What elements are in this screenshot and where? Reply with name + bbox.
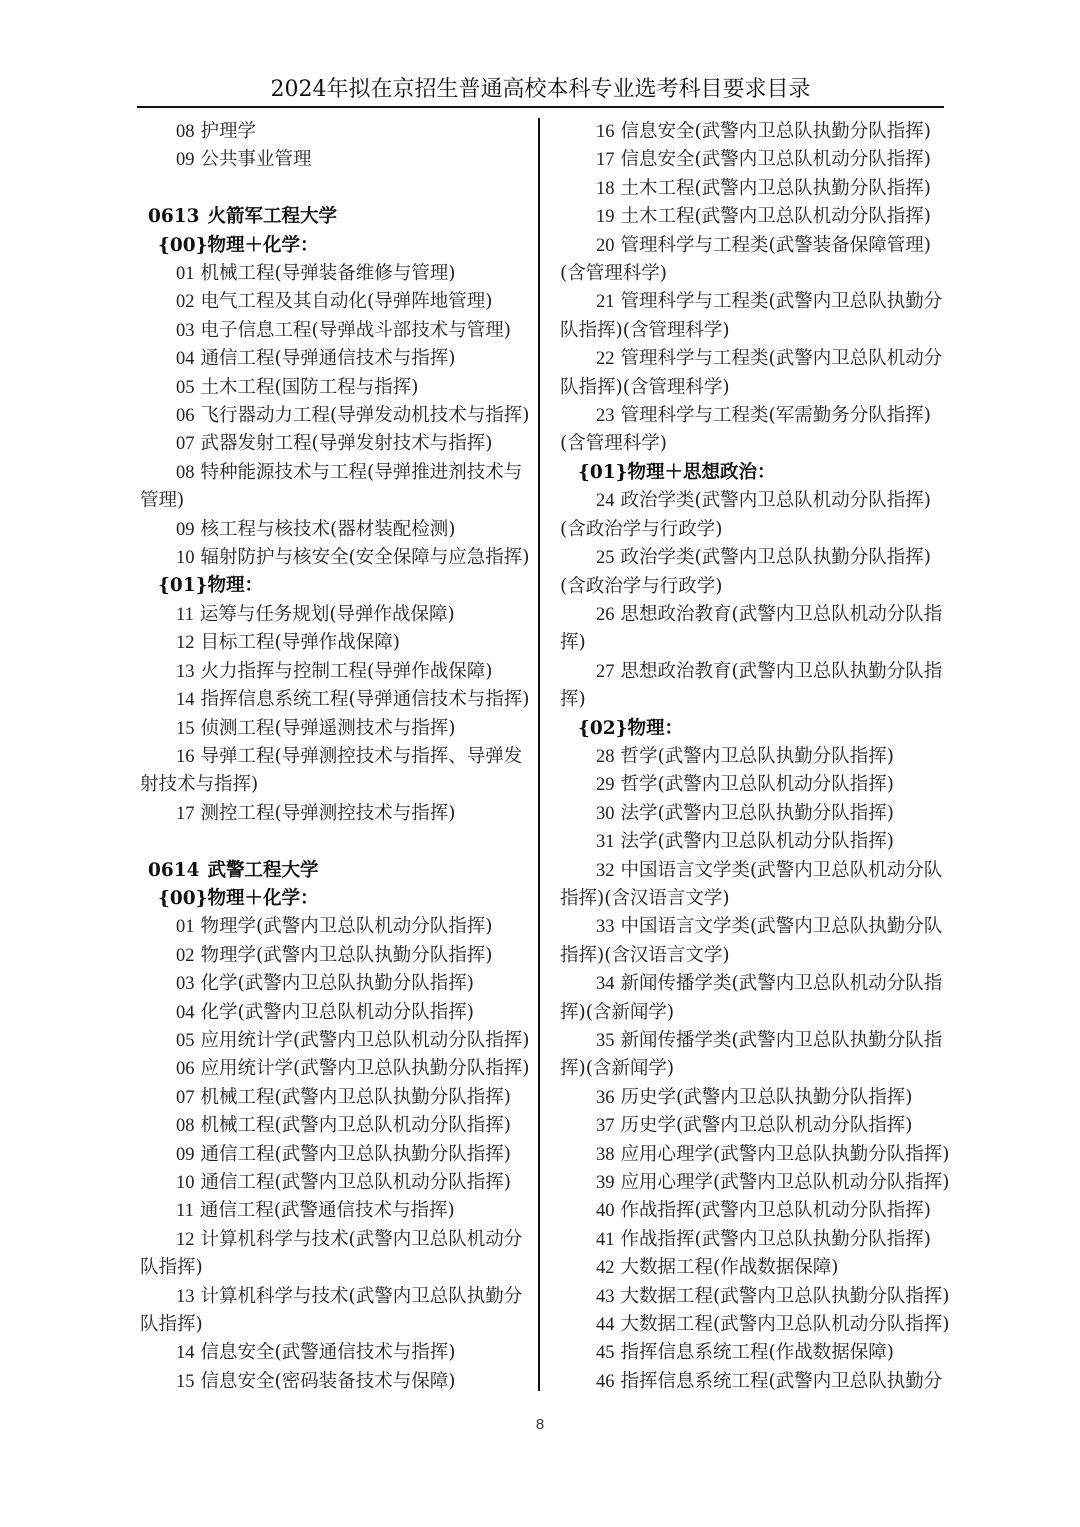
major-item: 17测控工程(导弹测控技术与指挥) bbox=[140, 800, 532, 828]
major-number: 12 bbox=[158, 1226, 195, 1254]
major-item: 07机械工程(武警内卫总队执勤分队指挥) bbox=[140, 1084, 532, 1112]
major-item: 43大数据工程(武警内卫总队执勤分队指挥) bbox=[560, 1283, 952, 1311]
major-number: 32 bbox=[578, 857, 615, 885]
page-title: 2024年拟在京招生普通高校本科专业选考科目要求目录 bbox=[137, 76, 944, 104]
major-name: 目标工程(导弹作战保障) bbox=[201, 632, 400, 653]
title-rule bbox=[137, 106, 944, 108]
right-column: 16信息安全(武警内卫总队执勤分队指挥)17信息安全(武警内卫总队机动分队指挥)… bbox=[560, 118, 952, 1396]
major-number: 28 bbox=[578, 743, 615, 771]
major-number: 46 bbox=[578, 1368, 615, 1396]
major-item: 45指挥信息系统工程(作战数据保障) bbox=[560, 1339, 952, 1367]
major-number: 03 bbox=[158, 317, 195, 345]
major-item: 12计算机科学与技术(武警内卫总队机动分队指挥) bbox=[140, 1226, 532, 1283]
major-name: 公共事业管理 bbox=[201, 149, 312, 170]
major-number: 34 bbox=[578, 970, 615, 998]
blank-line bbox=[140, 175, 532, 203]
major-item: 19土木工程(武警内卫总队机动分队指挥) bbox=[560, 203, 952, 231]
major-item: 01物理学(武警内卫总队机动分队指挥) bbox=[140, 913, 532, 941]
major-name: 思想政治教育(武警内卫总队机动分队指挥) bbox=[560, 604, 942, 653]
major-number: 15 bbox=[158, 1368, 195, 1396]
major-name: 飞行器动力工程(导弹发动机技术与指挥) bbox=[201, 405, 530, 426]
major-name: 指挥信息系统工程(武警内卫总队执勤分 bbox=[621, 1371, 943, 1392]
major-number: 03 bbox=[158, 970, 195, 998]
university-code: 0613 bbox=[148, 206, 200, 227]
major-number: 14 bbox=[158, 1339, 195, 1367]
major-item: 34新闻传播学类(武警内卫总队机动分队指挥)(含新闻学) bbox=[560, 970, 952, 1027]
major-item: 03电子信息工程(导弹战斗部技术与管理) bbox=[140, 317, 532, 345]
major-item: 15侦测工程(导弹遥测技术与指挥) bbox=[140, 715, 532, 743]
major-name: 化学(武警内卫总队机动分队指挥) bbox=[201, 1002, 474, 1023]
major-number: 09 bbox=[158, 516, 195, 544]
major-name: 应用心理学(武警内卫总队机动分队指挥) bbox=[621, 1172, 950, 1193]
major-item: 21管理科学与工程类(武警内卫总队执勤分队指挥)(含管理科学) bbox=[560, 288, 952, 345]
page-number: 8 bbox=[0, 1416, 1080, 1433]
major-number: 25 bbox=[578, 544, 615, 572]
major-number: 43 bbox=[578, 1283, 615, 1311]
major-item: 04化学(武警内卫总队机动分队指挥) bbox=[140, 999, 532, 1027]
major-name: 物理学(武警内卫总队执勤分队指挥) bbox=[201, 945, 493, 966]
major-item: 14信息安全(武警通信技术与指挥) bbox=[140, 1339, 532, 1367]
major-name: 大数据工程(武警内卫总队机动分队指挥) bbox=[621, 1314, 950, 1335]
major-item: 12目标工程(导弹作战保障) bbox=[140, 629, 532, 657]
major-number: 26 bbox=[578, 601, 615, 629]
major-name: 应用统计学(武警内卫总队机动分队指挥) bbox=[201, 1030, 530, 1051]
major-item: 09公共事业管理 bbox=[140, 146, 532, 174]
major-item: 24政治学类(武警内卫总队机动分队指挥)(含政治学与行政学) bbox=[560, 487, 952, 544]
blank-line bbox=[140, 828, 532, 856]
major-item: 09通信工程(武警内卫总队执勤分队指挥) bbox=[140, 1141, 532, 1169]
major-name: 信息安全(武警内卫总队机动分队指挥) bbox=[621, 149, 931, 170]
major-item: 17信息安全(武警内卫总队机动分队指挥) bbox=[560, 146, 952, 174]
major-number: 21 bbox=[578, 288, 615, 316]
major-item: 10辐射防护与核安全(安全保障与应急指挥) bbox=[140, 544, 532, 572]
column-divider bbox=[538, 118, 540, 1391]
major-name: 政治学类(武警内卫总队执勤分队指挥)(含政治学与行政学) bbox=[560, 547, 931, 596]
major-name: 物理学(武警内卫总队机动分队指挥) bbox=[201, 916, 493, 937]
major-item: 26思想政治教育(武警内卫总队机动分队指挥) bbox=[560, 601, 952, 658]
major-item: 10通信工程(武警内卫总队机动分队指挥) bbox=[140, 1169, 532, 1197]
subject-group-heading: {01}物理： bbox=[140, 572, 532, 600]
major-item: 39应用心理学(武警内卫总队机动分队指挥) bbox=[560, 1169, 952, 1197]
major-number: 10 bbox=[158, 544, 195, 572]
subject-group-heading: {01}物理＋思想政治： bbox=[560, 459, 952, 487]
major-item: 15信息安全(密码装备技术与保障) bbox=[140, 1368, 532, 1396]
subject-group-heading: {00}物理＋化学： bbox=[140, 885, 532, 913]
major-item: 20管理科学与工程类(武警装备保障管理)(含管理科学) bbox=[560, 232, 952, 289]
major-name: 机械工程(导弹装备维修与管理) bbox=[201, 263, 456, 284]
major-item: 18土木工程(武警内卫总队执勤分队指挥) bbox=[560, 175, 952, 203]
major-item: 23管理科学与工程类(军需勤务分队指挥)(含管理科学) bbox=[560, 402, 952, 459]
major-number: 29 bbox=[578, 771, 615, 799]
major-name: 通信工程(武警内卫总队机动分队指挥) bbox=[201, 1172, 511, 1193]
major-number: 06 bbox=[158, 1055, 195, 1083]
major-item: 08护理学 bbox=[140, 118, 532, 146]
major-number: 09 bbox=[158, 146, 195, 174]
major-number: 42 bbox=[578, 1254, 615, 1282]
major-item: 28哲学(武警内卫总队执勤分队指挥) bbox=[560, 743, 952, 771]
left-column: 08护理学09公共事业管理0613火箭军工程大学{00}物理＋化学：01机械工程… bbox=[140, 118, 532, 1396]
major-name: 火力指挥与控制工程(导弹作战保障) bbox=[201, 661, 493, 682]
university-heading: 0614武警工程大学 bbox=[140, 857, 532, 885]
major-number: 02 bbox=[158, 942, 195, 970]
major-name: 核工程与核技术(器材装配检测) bbox=[201, 519, 456, 540]
major-number: 08 bbox=[158, 118, 195, 146]
major-item: 03化学(武警内卫总队执勤分队指挥) bbox=[140, 970, 532, 998]
major-item: 13火力指挥与控制工程(导弹作战保障) bbox=[140, 658, 532, 686]
major-item: 13计算机科学与技术(武警内卫总队执勤分队指挥) bbox=[140, 1283, 532, 1340]
major-number: 22 bbox=[578, 345, 615, 373]
major-number: 31 bbox=[578, 828, 615, 856]
university-name: 武警工程大学 bbox=[208, 860, 319, 881]
major-name: 测控工程(导弹测控技术与指挥) bbox=[201, 803, 456, 824]
major-item: 11通信工程(武警通信技术与指挥) bbox=[140, 1197, 532, 1225]
major-item: 35新闻传播学类(武警内卫总队执勤分队指挥)(含新闻学) bbox=[560, 1027, 952, 1084]
major-number: 04 bbox=[158, 999, 195, 1027]
major-number: 27 bbox=[578, 658, 615, 686]
major-number: 37 bbox=[578, 1112, 615, 1140]
major-item: 42大数据工程(作战数据保障) bbox=[560, 1254, 952, 1282]
major-name: 通信工程(武警通信技术与指挥) bbox=[200, 1200, 455, 1221]
major-number: 02 bbox=[158, 288, 195, 316]
major-item: 41作战指挥(武警内卫总队执勤分队指挥) bbox=[560, 1226, 952, 1254]
major-item: 06飞行器动力工程(导弹发动机技术与指挥) bbox=[140, 402, 532, 430]
major-name: 武器发射工程(导弹发射技术与指挥) bbox=[201, 433, 493, 454]
major-name: 应用统计学(武警内卫总队执勤分队指挥) bbox=[201, 1058, 530, 1079]
major-name: 历史学(武警内卫总队机动分队指挥) bbox=[621, 1115, 913, 1136]
major-item: 01机械工程(导弹装备维修与管理) bbox=[140, 260, 532, 288]
major-name: 大数据工程(武警内卫总队执勤分队指挥) bbox=[621, 1286, 950, 1307]
major-name: 通信工程(武警内卫总队执勤分队指挥) bbox=[201, 1144, 511, 1165]
major-number: 01 bbox=[158, 260, 195, 288]
major-item: 31法学(武警内卫总队机动分队指挥) bbox=[560, 828, 952, 856]
major-item: 32中国语言文学类(武警内卫总队机动分队指挥)(含汉语言文学) bbox=[560, 857, 952, 914]
major-name: 管理科学与工程类(武警装备保障管理)(含管理科学) bbox=[560, 235, 931, 284]
major-number: 44 bbox=[578, 1311, 615, 1339]
major-name: 新闻传播学类(武警内卫总队机动分队指挥)(含新闻学) bbox=[560, 973, 942, 1022]
major-name: 电子信息工程(导弹战斗部技术与管理) bbox=[201, 320, 511, 341]
major-number: 11 bbox=[158, 1197, 194, 1225]
major-item: 30法学(武警内卫总队执勤分队指挥) bbox=[560, 800, 952, 828]
major-name: 计算机科学与技术(武警内卫总队机动分队指挥) bbox=[140, 1229, 522, 1278]
major-name: 法学(武警内卫总队机动分队指挥) bbox=[621, 831, 894, 852]
major-number: 19 bbox=[578, 203, 615, 231]
major-name: 管理科学与工程类(武警内卫总队机动分队指挥)(含管理科学) bbox=[560, 348, 942, 397]
major-name: 大数据工程(作战数据保障) bbox=[621, 1257, 839, 1278]
major-number: 07 bbox=[158, 1084, 195, 1112]
major-number: 11 bbox=[158, 601, 194, 629]
major-name: 中国语言文学类(武警内卫总队执勤分队指挥)(含汉语言文学) bbox=[560, 916, 942, 965]
university-heading: 0613火箭军工程大学 bbox=[140, 203, 532, 231]
major-item: 36历史学(武警内卫总队执勤分队指挥) bbox=[560, 1084, 952, 1112]
major-item: 04通信工程(导弹通信技术与指挥) bbox=[140, 345, 532, 373]
major-number: 24 bbox=[578, 487, 615, 515]
major-item: 16导弹工程(导弹测控技术与指挥、导弹发射技术与指挥) bbox=[140, 743, 532, 800]
major-number: 40 bbox=[578, 1197, 615, 1225]
major-name: 运筹与任务规划(导弹作战保障) bbox=[200, 604, 455, 625]
major-name: 计算机科学与技术(武警内卫总队执勤分队指挥) bbox=[140, 1286, 522, 1335]
major-name: 应用心理学(武警内卫总队执勤分队指挥) bbox=[621, 1144, 950, 1165]
major-name: 政治学类(武警内卫总队机动分队指挥)(含政治学与行政学) bbox=[560, 490, 931, 539]
major-number: 23 bbox=[578, 402, 615, 430]
major-item: 27思想政治教育(武警内卫总队执勤分队指挥) bbox=[560, 658, 952, 715]
major-name: 导弹工程(导弹测控技术与指挥、导弹发射技术与指挥) bbox=[140, 746, 522, 795]
major-number: 05 bbox=[158, 1027, 195, 1055]
university-name: 火箭军工程大学 bbox=[208, 206, 338, 227]
major-name: 历史学(武警内卫总队执勤分队指挥) bbox=[621, 1087, 913, 1108]
major-item: 02物理学(武警内卫总队执勤分队指挥) bbox=[140, 942, 532, 970]
major-item: 38应用心理学(武警内卫总队执勤分队指挥) bbox=[560, 1141, 952, 1169]
major-item: 44大数据工程(武警内卫总队机动分队指挥) bbox=[560, 1311, 952, 1339]
major-name: 电气工程及其自动化(导弹阵地管理) bbox=[201, 291, 493, 312]
major-name: 通信工程(导弹通信技术与指挥) bbox=[201, 348, 456, 369]
major-number: 17 bbox=[578, 146, 615, 174]
major-name: 指挥信息系统工程(导弹通信技术与指挥) bbox=[201, 689, 530, 710]
major-item: 33中国语言文学类(武警内卫总队执勤分队指挥)(含汉语言文学) bbox=[560, 913, 952, 970]
major-item: 02电气工程及其自动化(导弹阵地管理) bbox=[140, 288, 532, 316]
major-item: 14指挥信息系统工程(导弹通信技术与指挥) bbox=[140, 686, 532, 714]
major-number: 36 bbox=[578, 1084, 615, 1112]
major-name: 哲学(武警内卫总队执勤分队指挥) bbox=[621, 746, 894, 767]
major-number: 05 bbox=[158, 374, 195, 402]
major-name: 指挥信息系统工程(作战数据保障) bbox=[621, 1342, 894, 1363]
major-item: 05土木工程(国防工程与指挥) bbox=[140, 374, 532, 402]
major-number: 06 bbox=[158, 402, 195, 430]
major-item: 29哲学(武警内卫总队机动分队指挥) bbox=[560, 771, 952, 799]
major-item: 11运筹与任务规划(导弹作战保障) bbox=[140, 601, 532, 629]
major-number: 14 bbox=[158, 686, 195, 714]
major-name: 土木工程(国防工程与指挥) bbox=[201, 377, 419, 398]
subject-group-heading: {02}物理： bbox=[560, 715, 952, 743]
major-name: 土木工程(武警内卫总队机动分队指挥) bbox=[621, 206, 931, 227]
major-item: 05应用统计学(武警内卫总队机动分队指挥) bbox=[140, 1027, 532, 1055]
major-number: 09 bbox=[158, 1141, 195, 1169]
major-name: 机械工程(武警内卫总队机动分队指挥) bbox=[201, 1115, 511, 1136]
major-number: 12 bbox=[158, 629, 195, 657]
major-item: 22管理科学与工程类(武警内卫总队机动分队指挥)(含管理科学) bbox=[560, 345, 952, 402]
major-number: 45 bbox=[578, 1339, 615, 1367]
major-name: 中国语言文学类(武警内卫总队机动分队指挥)(含汉语言文学) bbox=[560, 860, 942, 909]
major-number: 30 bbox=[578, 800, 615, 828]
major-name: 信息安全(武警通信技术与指挥) bbox=[201, 1342, 456, 1363]
major-number: 16 bbox=[578, 118, 615, 146]
university-code: 0614 bbox=[148, 860, 200, 881]
major-name: 土木工程(武警内卫总队执勤分队指挥) bbox=[621, 178, 931, 199]
major-number: 41 bbox=[578, 1226, 615, 1254]
major-name: 哲学(武警内卫总队机动分队指挥) bbox=[621, 774, 894, 795]
major-item: 40作战指挥(武警内卫总队机动分队指挥) bbox=[560, 1197, 952, 1225]
major-name: 管理科学与工程类(武警内卫总队执勤分队指挥)(含管理科学) bbox=[560, 291, 942, 340]
major-number: 13 bbox=[158, 658, 195, 686]
major-name: 辐射防护与核安全(安全保障与应急指挥) bbox=[201, 547, 530, 568]
major-item: 06应用统计学(武警内卫总队执勤分队指挥) bbox=[140, 1055, 532, 1083]
major-number: 08 bbox=[158, 1112, 195, 1140]
major-name: 护理学 bbox=[201, 121, 257, 142]
major-item: 07武器发射工程(导弹发射技术与指挥) bbox=[140, 430, 532, 458]
major-number: 18 bbox=[578, 175, 615, 203]
major-name: 侦测工程(导弹遥测技术与指挥) bbox=[201, 718, 456, 739]
major-item: 46指挥信息系统工程(武警内卫总队执勤分 bbox=[560, 1368, 952, 1396]
major-item: 09核工程与核技术(器材装配检测) bbox=[140, 516, 532, 544]
major-name: 信息安全(密码装备技术与保障) bbox=[201, 1371, 456, 1392]
major-name: 思想政治教育(武警内卫总队执勤分队指挥) bbox=[560, 661, 942, 710]
major-name: 信息安全(武警内卫总队执勤分队指挥) bbox=[621, 121, 931, 142]
major-item: 08特种能源技术与工程(导弹推进剂技术与管理) bbox=[140, 459, 532, 516]
major-item: 16信息安全(武警内卫总队执勤分队指挥) bbox=[560, 118, 952, 146]
major-item: 08机械工程(武警内卫总队机动分队指挥) bbox=[140, 1112, 532, 1140]
major-name: 管理科学与工程类(军需勤务分队指挥)(含管理科学) bbox=[560, 405, 931, 454]
major-name: 新闻传播学类(武警内卫总队执勤分队指挥)(含新闻学) bbox=[560, 1030, 942, 1079]
major-item: 37历史学(武警内卫总队机动分队指挥) bbox=[560, 1112, 952, 1140]
major-name: 化学(武警内卫总队执勤分队指挥) bbox=[201, 973, 474, 994]
major-name: 作战指挥(武警内卫总队执勤分队指挥) bbox=[621, 1229, 931, 1250]
major-number: 17 bbox=[158, 800, 195, 828]
major-number: 35 bbox=[578, 1027, 615, 1055]
major-item: 25政治学类(武警内卫总队执勤分队指挥)(含政治学与行政学) bbox=[560, 544, 952, 601]
major-number: 07 bbox=[158, 430, 195, 458]
major-number: 16 bbox=[158, 743, 195, 771]
major-number: 15 bbox=[158, 715, 195, 743]
major-number: 13 bbox=[158, 1283, 195, 1311]
major-name: 法学(武警内卫总队执勤分队指挥) bbox=[621, 803, 894, 824]
major-number: 04 bbox=[158, 345, 195, 373]
major-number: 01 bbox=[158, 913, 195, 941]
major-number: 10 bbox=[158, 1169, 195, 1197]
subject-group-heading: {00}物理＋化学： bbox=[140, 232, 532, 260]
major-number: 20 bbox=[578, 232, 615, 260]
major-number: 08 bbox=[158, 459, 195, 487]
major-number: 38 bbox=[578, 1141, 615, 1169]
major-name: 机械工程(武警内卫总队执勤分队指挥) bbox=[201, 1087, 511, 1108]
major-name: 作战指挥(武警内卫总队机动分队指挥) bbox=[621, 1200, 931, 1221]
major-number: 39 bbox=[578, 1169, 615, 1197]
major-number: 33 bbox=[578, 913, 615, 941]
major-name: 特种能源技术与工程(导弹推进剂技术与管理) bbox=[140, 462, 522, 511]
